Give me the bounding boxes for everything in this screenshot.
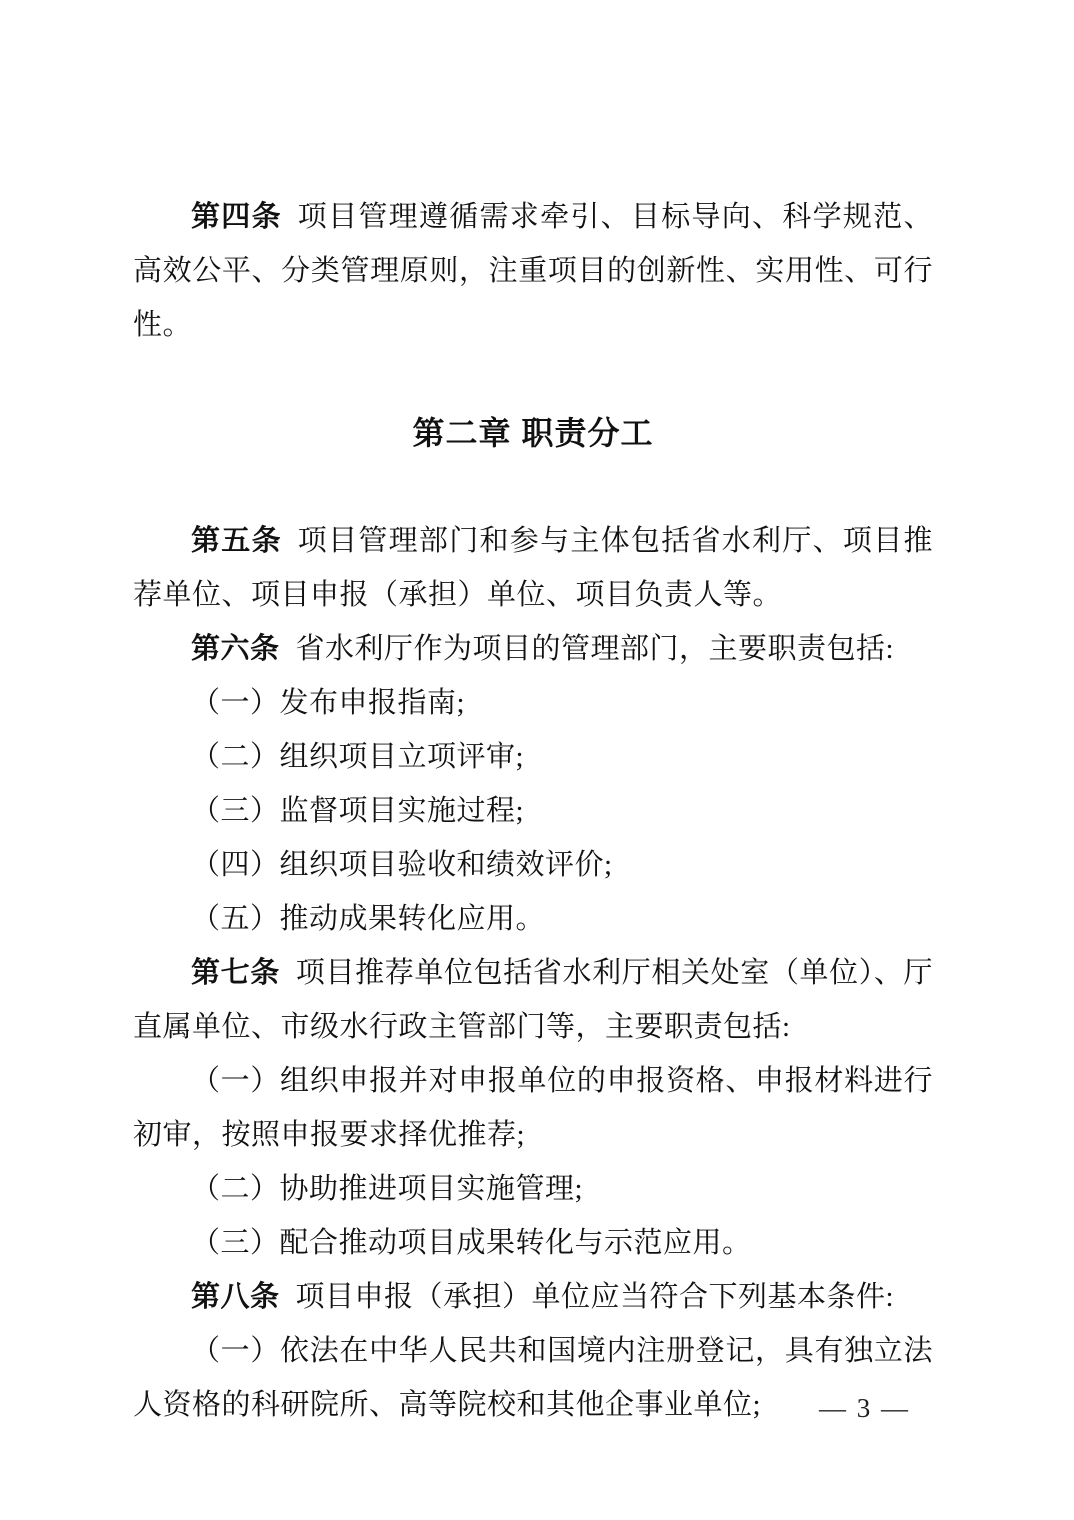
paragraph-article-8: 第八条项目申报（承担）单位应当符合下列基本条件: <box>133 1270 933 1324</box>
list-item-6-3: （三）监督项目实施过程; <box>133 784 933 838</box>
list-item-7-2: （二）协助推进项目实施管理; <box>133 1162 933 1216</box>
list-item-6-2: （二）组织项目立项评审; <box>133 730 933 784</box>
document-page: 第四条项目管理遵循需求牵引、目标导向、科学规范、高效公平、分类管理原则，注重项目… <box>0 0 1074 1520</box>
document-body: 第四条项目管理遵循需求牵引、目标导向、科学规范、高效公平、分类管理原则，注重项目… <box>133 190 933 1432</box>
list-item-6-4: （四）组织项目验收和绩效评价; <box>133 838 933 892</box>
article-4-label: 第四条 <box>191 201 282 233</box>
article-6-label: 第六条 <box>191 633 280 665</box>
paragraph-article-6: 第六条省水利厅作为项目的管理部门，主要职责包括: <box>133 622 933 676</box>
paragraph-article-7: 第七条项目推荐单位包括省水利厅相关处室（单位）、厅直属单位、市级水行政主管部门等… <box>133 946 933 1054</box>
list-item-8-1: （一）依法在中华人民共和国境内注册登记，具有独立法人资格的科研院所、高等院校和其… <box>133 1324 933 1432</box>
article-8-text: 项目申报（承担）单位应当符合下列基本条件: <box>295 1281 894 1313</box>
list-item-6-1: （一）发布申报指南; <box>133 676 933 730</box>
page-number: — 3 — <box>819 1392 910 1424</box>
article-5-label: 第五条 <box>191 525 282 557</box>
paragraph-article-4: 第四条项目管理遵循需求牵引、目标导向、科学规范、高效公平、分类管理原则，注重项目… <box>133 190 933 352</box>
list-item-7-1: （一）组织申报并对申报单位的申报资格、申报材料进行初审，按照申报要求择优推荐; <box>133 1054 933 1162</box>
article-7-label: 第七条 <box>191 957 280 989</box>
chapter-heading: 第二章 职责分工 <box>133 406 933 460</box>
list-item-7-3: （三）配合推动项目成果转化与示范应用。 <box>133 1216 933 1270</box>
list-item-6-5: （五）推动成果转化应用。 <box>133 892 933 946</box>
article-8-label: 第八条 <box>191 1281 280 1313</box>
article-6-text: 省水利厅作为项目的管理部门，主要职责包括: <box>295 633 894 665</box>
paragraph-article-5: 第五条项目管理部门和参与主体包括省水利厅、项目推荐单位、项目申报（承担）单位、项… <box>133 514 933 622</box>
